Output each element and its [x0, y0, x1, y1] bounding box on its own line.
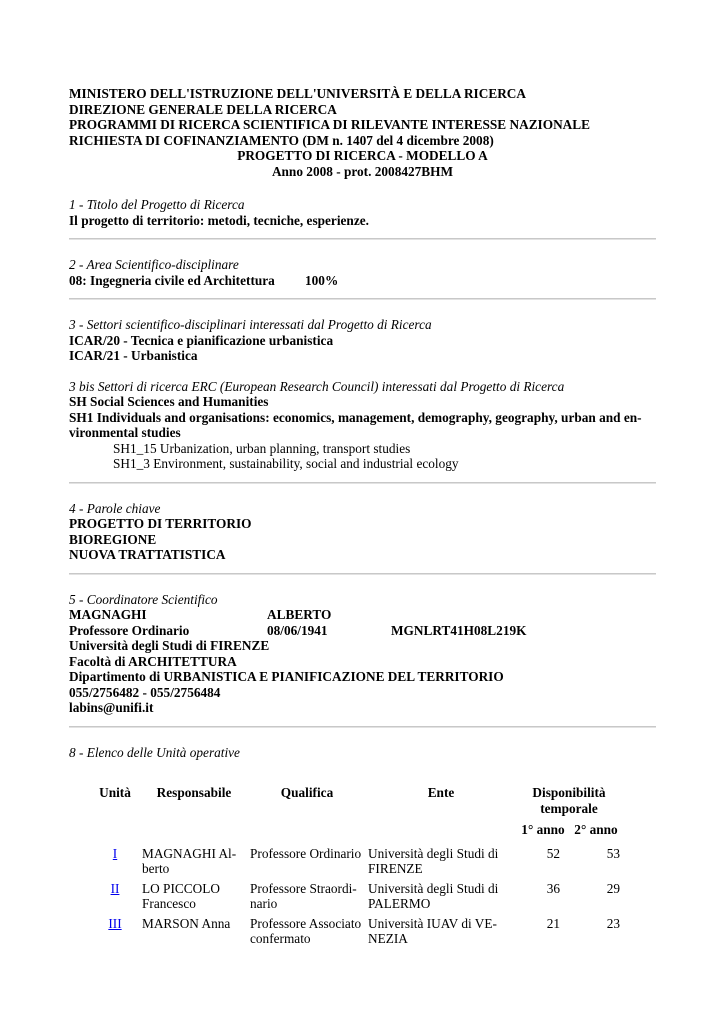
cell-anno2: 29 [570, 881, 622, 912]
col-responsabile: Responsabile [140, 785, 248, 816]
area-percent: 100% [305, 273, 338, 289]
ente-line: Università IUAV di VE- [368, 916, 514, 932]
section-label: 8 - Elenco delle Unità operative [69, 745, 656, 761]
keyword: PROGETTO DI TERRITORIO [69, 516, 656, 532]
area-row: 08: Ingegneria civile ed Architettura 10… [69, 273, 656, 289]
header-line: RICHIESTA DI COFINANZIAMENTO (DM n. 1407… [69, 133, 656, 149]
cell-ente: Università degli Studi diFIRENZE [366, 846, 516, 877]
section-label: 5 - Coordinatore Scientifico [69, 592, 656, 608]
coordinator-name-row: MAGNAGHI ALBERTO [69, 607, 656, 623]
section-label: 1 - Titolo del Progetto di Ricerca [69, 197, 656, 213]
section-label: 3 bis Settori di ricerca ERC (European R… [69, 379, 656, 395]
col-disponibilita: Disponibilità temporale [516, 785, 622, 816]
col-ente: Ente [366, 785, 516, 816]
coordinator-qualifica: Professore Ordinario [69, 623, 267, 639]
cell-responsabile: MARSON Anna [140, 916, 248, 947]
coordinator-email: labins@unifi.it [69, 700, 656, 716]
units-table: Unità Responsabile Qualifica Ente Dispon… [90, 785, 622, 947]
erc-subitem: SH1_15 Urbanization, urban planning, tra… [69, 441, 656, 457]
unit-link[interactable]: II [111, 881, 120, 896]
table-subheader-row: 1° anno 2° anno [90, 816, 622, 838]
section-title: 1 - Titolo del Progetto di Ricerca Il pr… [69, 197, 656, 228]
qual-line: Professore Associato [250, 916, 364, 932]
resp-line: LO PICCOLO [142, 881, 246, 897]
coordinator-birthdate: 08/06/1941 [267, 623, 391, 639]
erc-panel-cont: vironmental studies [69, 425, 656, 441]
erc-panel: SH1 Individuals and organisations: econo… [69, 410, 656, 426]
cell-ente: Università IUAV di VE-NEZIA [366, 916, 516, 947]
keyword: NUOVA TRATTATISTICA [69, 547, 656, 563]
section-coordinator: 5 - Coordinatore Scientifico MAGNAGHI AL… [69, 592, 656, 716]
section-area: 2 - Area Scientifico-disciplinare 08: In… [69, 257, 656, 288]
cell-responsabile: LO PICCOLOFrancesco [140, 881, 248, 912]
document-header: MINISTERO DELL'ISTRUZIONE DELL'UNIVERSIT… [69, 86, 656, 179]
cell-qualifica: Professore Straordi-nario [248, 881, 366, 912]
header-line: DIREZIONE GENERALE DELLA RICERCA [69, 102, 656, 118]
section-label: 2 - Area Scientifico-disciplinare [69, 257, 656, 273]
col-unita: Unità [90, 785, 140, 816]
disp-label-1: Disponibilità [518, 785, 620, 801]
table-row: II LO PICCOLOFrancesco Professore Straor… [90, 881, 622, 912]
cell-anno1: 52 [516, 846, 570, 877]
cell-anno1: 36 [516, 881, 570, 912]
unit-link[interactable]: III [108, 916, 121, 931]
col-anno2: 2° anno [570, 816, 622, 838]
resp-line: Francesco [142, 896, 246, 912]
coordinator-surname: MAGNAGHI [69, 607, 267, 623]
section-erc: 3 bis Settori di ricerca ERC (European R… [69, 379, 656, 472]
cell-anno2: 53 [570, 846, 622, 877]
ente-line: NEZIA [368, 931, 514, 947]
qual-line: Professore Straordi- [250, 881, 364, 897]
qual-line: nario [250, 896, 364, 912]
qual-line: Professore Ordinario [250, 846, 364, 862]
protocol-line: Anno 2008 - prot. 2008427BHM [69, 164, 656, 180]
section-sectors: 3 - Settori scientifico-disciplinari int… [69, 317, 656, 364]
cell-qualifica: Professore Ordinario [248, 846, 366, 877]
cell-responsabile: MAGNAGHI Al-berto [140, 846, 248, 877]
col-anno1: 1° anno [516, 816, 570, 838]
ente-line: PALERMO [368, 896, 514, 912]
cell-ente: Università degli Studi diPALERMO [366, 881, 516, 912]
section-keywords: 4 - Parole chiave PROGETTO DI TERRITORIO… [69, 501, 656, 563]
resp-line: berto [142, 861, 246, 877]
disp-label-2: temporale [518, 801, 620, 817]
coordinator-university: Università degli Studi di FIRENZE [69, 638, 656, 654]
section-label: 4 - Parole chiave [69, 501, 656, 517]
coordinator-phones: 055/2756482 - 055/2756484 [69, 685, 656, 701]
resp-line: MAGNAGHI Al- [142, 846, 246, 862]
erc-subitem: SH1_3 Environment, sustainability, socia… [69, 456, 656, 472]
unit-link[interactable]: I [113, 846, 117, 861]
sector-item: ICAR/20 - Tecnica e pianificazione urban… [69, 333, 656, 349]
coordinator-name: ALBERTO [267, 607, 331, 623]
model-title: PROGETTO DI RICERCA - MODELLO A [69, 148, 656, 164]
sector-item: ICAR/21 - Urbanistica [69, 348, 656, 364]
table-row: III MARSON Anna Professore Associatoconf… [90, 916, 622, 947]
header-line: MINISTERO DELL'ISTRUZIONE DELL'UNIVERSIT… [69, 86, 656, 102]
resp-line: MARSON Anna [142, 916, 246, 932]
area-name: 08: Ingegneria civile ed Architettura [69, 273, 305, 289]
project-title: Il progetto di territorio: metodi, tecni… [69, 213, 656, 229]
keyword: BIOREGIONE [69, 532, 656, 548]
section-label: 3 - Settori scientifico-disciplinari int… [69, 317, 656, 333]
table-header-row: Unità Responsabile Qualifica Ente Dispon… [90, 785, 622, 816]
table-row: I MAGNAGHI Al-berto Professore Ordinario… [90, 846, 622, 877]
ente-line: Università degli Studi di [368, 846, 514, 862]
coordinator-faculty: Facoltà di ARCHITETTURA [69, 654, 656, 670]
coordinator-department: Dipartimento di URBANISTICA E PIANIFICAZ… [69, 669, 656, 685]
ente-line: Università degli Studi di [368, 881, 514, 897]
ente-line: FIRENZE [368, 861, 514, 877]
qual-line: confermato [250, 931, 364, 947]
cell-qualifica: Professore Associatoconfermato [248, 916, 366, 947]
coordinator-fiscal-code: MGNLRT41H08L219K [391, 623, 526, 639]
coordinator-info-row: Professore Ordinario 08/06/1941 MGNLRT41… [69, 623, 656, 639]
document-page: MINISTERO DELL'ISTRUZIONE DELL'UNIVERSIT… [69, 86, 656, 760]
header-line: PROGRAMMI DI RICERCA SCIENTIFICA DI RILE… [69, 117, 656, 133]
cell-anno1: 21 [516, 916, 570, 947]
erc-domain: SH Social Sciences and Humanities [69, 394, 656, 410]
col-qualifica: Qualifica [248, 785, 366, 816]
cell-anno2: 23 [570, 916, 622, 947]
